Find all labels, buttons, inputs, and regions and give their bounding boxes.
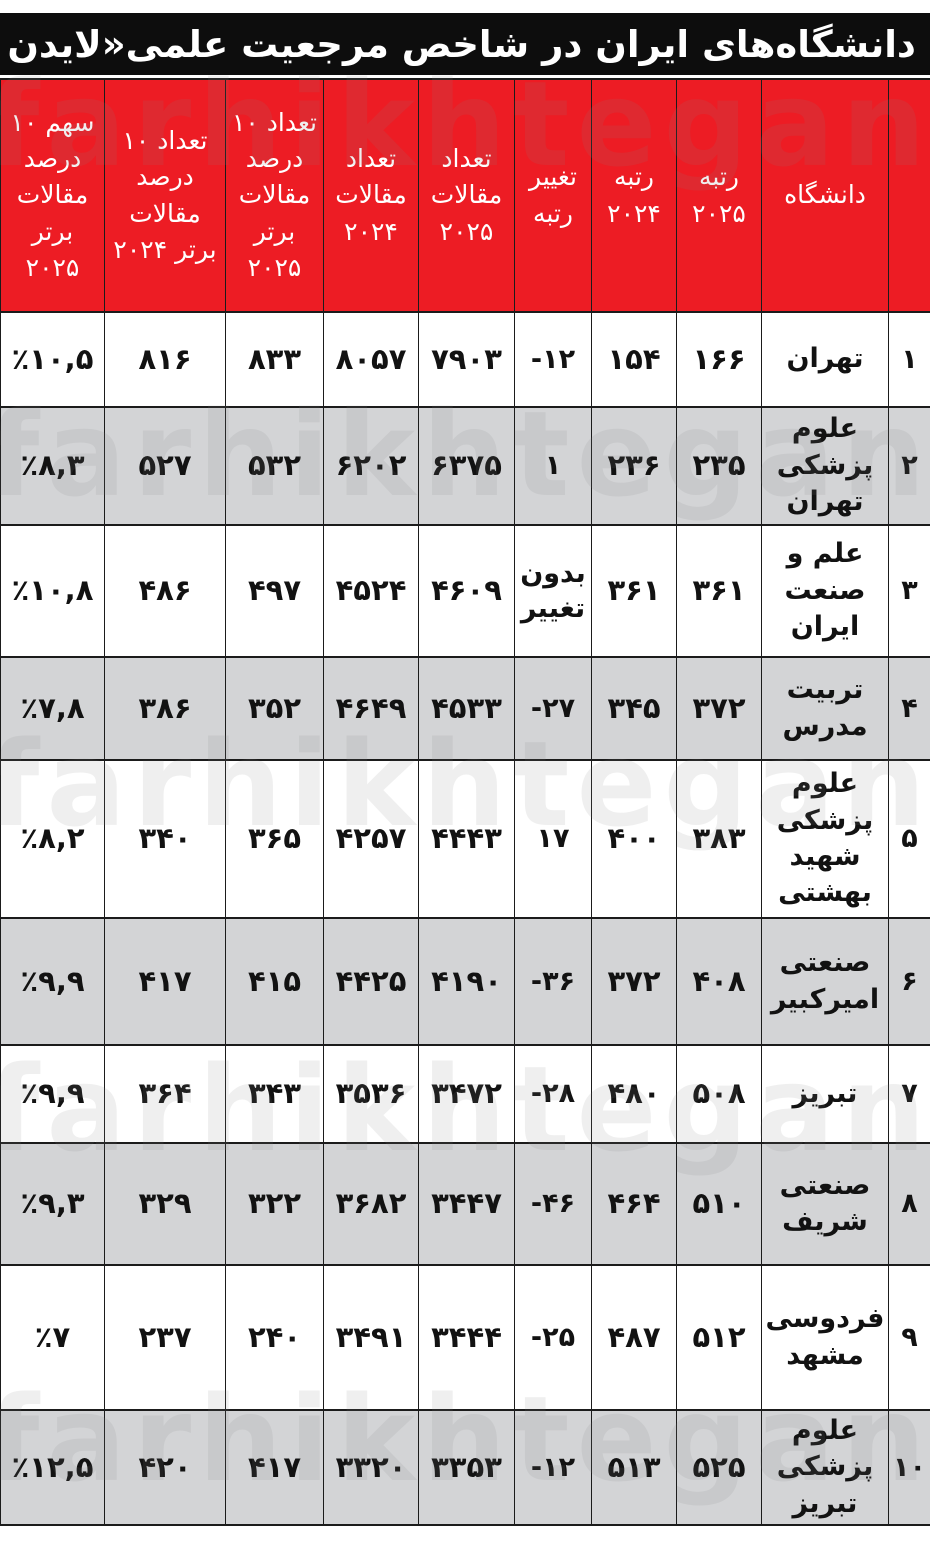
- cell-num: ۹: [889, 1265, 930, 1410]
- cell-num: ۳: [889, 525, 930, 657]
- cell-rank2024: ۲۳۶: [592, 407, 677, 525]
- page-title: برترین دانشگاه‌های ایران در شاخص مرجعیت …: [0, 23, 930, 66]
- cell-top10share2025: ٪۱۲,۵: [1, 1410, 105, 1525]
- cell-top10count2024: ۳۸۶: [105, 657, 226, 760]
- cell-rank_change: -۱۲: [515, 1410, 592, 1525]
- header-cell-top10share2025: سهم ۱۰ درصد مقالات برتر ۲۰۲۵: [1, 79, 105, 312]
- cell-num: ۵: [889, 760, 930, 918]
- cell-rank_change: ۱: [515, 407, 592, 525]
- cell-university: علوم پزشکی شهید بهشتی: [762, 760, 889, 918]
- cell-top10count2025: ۳۵۲: [226, 657, 324, 760]
- cell-top10count2024: ۲۳۷: [105, 1265, 226, 1410]
- header-cell-articles2024: تعداد مقالات ۲۰۲۴: [324, 79, 419, 312]
- cell-university: صنعتی امیرکبیر: [762, 918, 889, 1045]
- cell-top10count2024: ۴۸۶: [105, 525, 226, 657]
- cell-rank2025: ۵۲۵: [677, 1410, 762, 1525]
- cell-university: تبریز: [762, 1045, 889, 1143]
- header-cell-rank_change: تغییر رتبه: [515, 79, 592, 312]
- cell-top10count2025: ۳۲۲: [226, 1143, 324, 1265]
- cell-rank2025: ۳۶۱: [677, 525, 762, 657]
- cell-top10count2024: ۳۴۰: [105, 760, 226, 918]
- cell-top10share2025: ٪۹,۹: [1, 1045, 105, 1143]
- cell-rank2024: ۳۶۱: [592, 525, 677, 657]
- cell-top10share2025: ٪۱۰,۵: [1, 312, 105, 407]
- cell-university: فردوسی مشهد: [762, 1265, 889, 1410]
- cell-num: ۴: [889, 657, 930, 760]
- cell-rank_change: -۲۸: [515, 1045, 592, 1143]
- cell-top10count2025: ۸۳۳: [226, 312, 324, 407]
- cell-top10count2025: ۲۴۰: [226, 1265, 324, 1410]
- cell-university: علوم پزشکی تبریز: [762, 1410, 889, 1525]
- cell-num: ۶: [889, 918, 930, 1045]
- cell-articles2024: ۳۵۳۶: [324, 1045, 419, 1143]
- cell-rank2025: ۵۱۰: [677, 1143, 762, 1265]
- header-row: دانشگاهرتبه ۲۰۲۵رتبه ۲۰۲۴تغییر رتبهتعداد…: [1, 79, 930, 312]
- cell-articles2025: ۴۶۰۹: [419, 525, 515, 657]
- table-row: ۷تبریز۵۰۸۴۸۰-۲۸۳۴۷۲۳۵۳۶۳۴۳۳۶۴٪۹,۹: [1, 1045, 930, 1143]
- infographic-page: برترین دانشگاه‌های ایران در شاخص مرجعیت …: [0, 0, 930, 1542]
- cell-top10share2025: ٪۹,۳: [1, 1143, 105, 1265]
- cell-rank_change: ۱۷: [515, 760, 592, 918]
- cell-university: صنعتی شریف: [762, 1143, 889, 1265]
- cell-university: علوم پزشکی تهران: [762, 407, 889, 525]
- table-row: ۸صنعتی شریف۵۱۰۴۶۴-۴۶۳۴۴۷۳۶۸۲۳۲۲۳۲۹٪۹,۳: [1, 1143, 930, 1265]
- cell-articles2025: ۳۳۵۳: [419, 1410, 515, 1525]
- cell-rank2025: ۱۶۶: [677, 312, 762, 407]
- cell-articles2025: ۳۴۷۲: [419, 1045, 515, 1143]
- cell-rank2024: ۳۴۵: [592, 657, 677, 760]
- cell-top10count2025: ۳۴۳: [226, 1045, 324, 1143]
- header-cell-top10count2025: تعداد ۱۰ درصد مقالات برتر ۲۰۲۵: [226, 79, 324, 312]
- cell-articles2025: ۳۴۴۷: [419, 1143, 515, 1265]
- cell-university: علم و صنعت ایران: [762, 525, 889, 657]
- cell-top10count2024: ۴۲۰: [105, 1410, 226, 1525]
- cell-num: ۱: [889, 312, 930, 407]
- table-row: ۶صنعتی امیرکبیر۴۰۸۳۷۲-۳۶۴۱۹۰۴۴۲۵۴۱۵۴۱۷٪۹…: [1, 918, 930, 1045]
- table-row: ۴تربیت مدرس۳۷۲۳۴۵-۲۷۴۵۳۳۴۶۴۹۳۵۲۳۸۶٪۷,۸: [1, 657, 930, 760]
- cell-rank_change: -۴۶: [515, 1143, 592, 1265]
- table-row: ۲علوم پزشکی تهران۲۳۵۲۳۶۱۶۳۷۵۶۲۰۲۵۳۲۵۲۷٪۸…: [1, 407, 930, 525]
- table-body: ۱تهران۱۶۶۱۵۴-۱۲۷۹۰۳۸۰۵۷۸۳۳۸۱۶٪۱۰,۵۲علوم …: [1, 312, 930, 1525]
- cell-top10share2025: ٪۷: [1, 1265, 105, 1410]
- cell-articles2025: ۳۴۴۴: [419, 1265, 515, 1410]
- cell-num: ۷: [889, 1045, 930, 1143]
- table-row: ۹فردوسی مشهد۵۱۲۴۸۷-۲۵۳۴۴۴۳۴۹۱۲۴۰۲۳۷٪۷: [1, 1265, 930, 1410]
- cell-rank2024: ۳۷۲: [592, 918, 677, 1045]
- cell-articles2024: ۶۲۰۲: [324, 407, 419, 525]
- cell-rank2025: ۵۱۲: [677, 1265, 762, 1410]
- cell-articles2024: ۳۶۸۲: [324, 1143, 419, 1265]
- cell-articles2024: ۴۵۲۴: [324, 525, 419, 657]
- title-bar: برترین دانشگاه‌های ایران در شاخص مرجعیت …: [0, 13, 930, 75]
- cell-rank_change: بدون تغییر: [515, 525, 592, 657]
- cell-articles2025: ۶۳۷۵: [419, 407, 515, 525]
- cell-rank2024: ۱۵۴: [592, 312, 677, 407]
- cell-articles2024: ۸۰۵۷: [324, 312, 419, 407]
- table-row: ۱۰علوم پزشکی تبریز۵۲۵۵۱۳-۱۲۳۳۵۳۳۳۲۰۴۱۷۴۲…: [1, 1410, 930, 1525]
- table-row: ۱تهران۱۶۶۱۵۴-۱۲۷۹۰۳۸۰۵۷۸۳۳۸۱۶٪۱۰,۵: [1, 312, 930, 407]
- cell-articles2024: ۴۲۵۷: [324, 760, 419, 918]
- cell-top10count2025: ۳۶۵: [226, 760, 324, 918]
- cell-top10count2024: ۵۲۷: [105, 407, 226, 525]
- table-row: ۳علم و صنعت ایران۳۶۱۳۶۱بدون تغییر۴۶۰۹۴۵۲…: [1, 525, 930, 657]
- cell-top10count2024: ۸۱۶: [105, 312, 226, 407]
- cell-top10share2025: ٪۷,۸: [1, 657, 105, 760]
- cell-rank2024: ۴۶۴: [592, 1143, 677, 1265]
- cell-articles2024: ۴۶۴۹: [324, 657, 419, 760]
- header-cell-top10count2024: تعداد ۱۰ درصد مقالات برتر ۲۰۲۴: [105, 79, 226, 312]
- header-cell-rank2025: رتبه ۲۰۲۵: [677, 79, 762, 312]
- cell-num: ۱۰: [889, 1410, 930, 1525]
- cell-rank_change: -۳۶: [515, 918, 592, 1045]
- table-row: ۵علوم پزشکی شهید بهشتی۳۸۳۴۰۰۱۷۴۴۴۳۴۲۵۷۳۶…: [1, 760, 930, 918]
- cell-articles2024: ۳۳۲۰: [324, 1410, 419, 1525]
- cell-articles2025: ۴۴۴۳: [419, 760, 515, 918]
- cell-num: ۲: [889, 407, 930, 525]
- ranking-table: دانشگاهرتبه ۲۰۲۵رتبه ۲۰۲۴تغییر رتبهتعداد…: [0, 78, 930, 1526]
- cell-top10share2025: ٪۱۰,۸: [1, 525, 105, 657]
- cell-top10count2025: ۴۱۵: [226, 918, 324, 1045]
- cell-rank2024: ۴۰۰: [592, 760, 677, 918]
- cell-top10count2024: ۴۱۷: [105, 918, 226, 1045]
- cell-university: تربیت مدرس: [762, 657, 889, 760]
- cell-rank2025: ۳۸۳: [677, 760, 762, 918]
- cell-rank2025: ۴۰۸: [677, 918, 762, 1045]
- cell-top10share2025: ٪۸,۲: [1, 760, 105, 918]
- cell-articles2024: ۴۴۲۵: [324, 918, 419, 1045]
- cell-articles2024: ۳۴۹۱: [324, 1265, 419, 1410]
- cell-rank2024: ۴۸۷: [592, 1265, 677, 1410]
- cell-rank2025: ۲۳۵: [677, 407, 762, 525]
- header-cell-articles2025: تعداد مقالات ۲۰۲۵: [419, 79, 515, 312]
- cell-rank_change: -۲۷: [515, 657, 592, 760]
- cell-top10count2025: ۴۱۷: [226, 1410, 324, 1525]
- cell-rank2024: ۵۱۳: [592, 1410, 677, 1525]
- cell-top10count2025: ۴۹۷: [226, 525, 324, 657]
- cell-top10count2025: ۵۳۲: [226, 407, 324, 525]
- cell-top10count2024: ۳۶۴: [105, 1045, 226, 1143]
- cell-articles2025: ۴۵۳۳: [419, 657, 515, 760]
- header-cell-num: [889, 79, 930, 312]
- cell-university: تهران: [762, 312, 889, 407]
- cell-articles2025: ۷۹۰۳: [419, 312, 515, 407]
- cell-rank2024: ۴۸۰: [592, 1045, 677, 1143]
- cell-top10count2024: ۳۲۹: [105, 1143, 226, 1265]
- cell-articles2025: ۴۱۹۰: [419, 918, 515, 1045]
- cell-rank_change: -۲۵: [515, 1265, 592, 1410]
- cell-rank_change: -۱۲: [515, 312, 592, 407]
- cell-top10share2025: ٪۸,۳: [1, 407, 105, 525]
- cell-top10share2025: ٪۹,۹: [1, 918, 105, 1045]
- cell-num: ۸: [889, 1143, 930, 1265]
- cell-rank2025: ۳۷۲: [677, 657, 762, 760]
- cell-rank2025: ۵۰۸: [677, 1045, 762, 1143]
- header-cell-university: دانشگاه: [762, 79, 889, 312]
- header-cell-rank2024: رتبه ۲۰۲۴: [592, 79, 677, 312]
